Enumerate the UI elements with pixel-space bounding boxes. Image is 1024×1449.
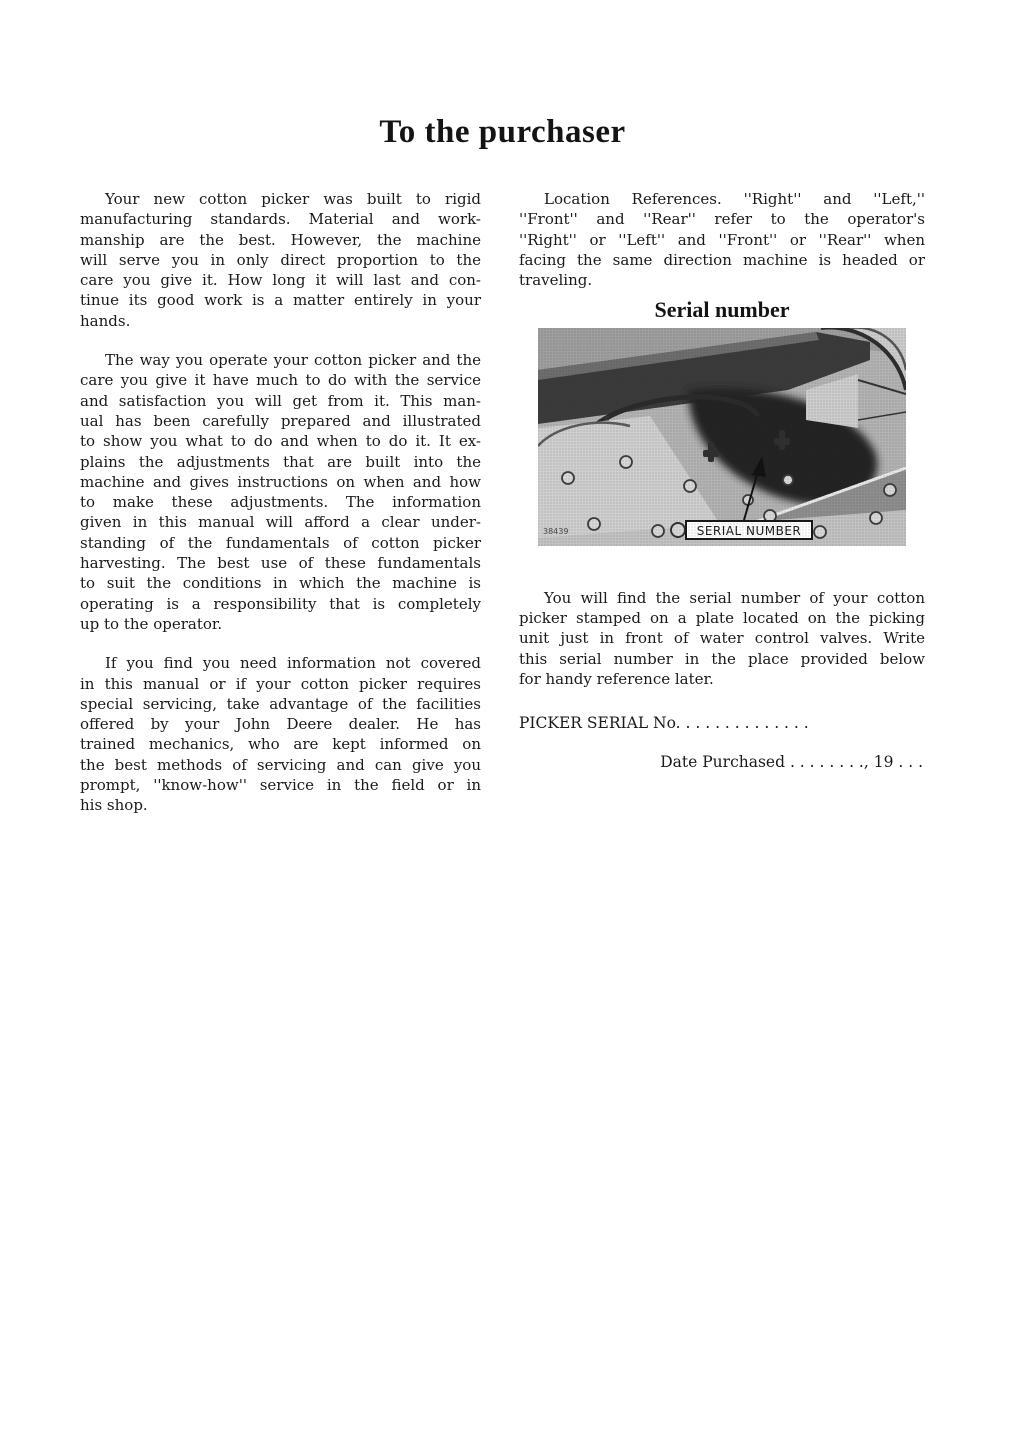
paragraph: If you find you need information not cov… <box>80 653 481 815</box>
paragraph: Location References. ''Right'' and ''Lef… <box>519 189 925 290</box>
text-line: unit just in front of water control valv… <box>519 628 925 648</box>
left-column: Your new cotton picker was built to rigi… <box>80 189 481 816</box>
text-line: machine and gives instructions on when a… <box>80 472 481 492</box>
text-line: hands. <box>80 311 481 331</box>
serial-number-figure: SERIAL NUMBER 38439 <box>538 328 906 546</box>
text-line: You will find the serial number of your … <box>519 588 925 608</box>
paragraph: You will find the serial number of your … <box>519 588 925 689</box>
serial-number-heading: Serial number <box>519 300 925 320</box>
text-line: harvesting. The best use of these fundam… <box>80 553 481 573</box>
text-line: picker stamped on a plate located on the… <box>519 608 925 628</box>
text-line: Your new cotton picker was built to rigi… <box>80 189 481 209</box>
text-line: this serial number in the place provided… <box>519 649 925 669</box>
text-line: will serve you in only direct proportion… <box>80 250 481 270</box>
page-title: To the purchaser <box>80 114 925 151</box>
picker-serial-line: PICKER SERIAL No. . . . . . . . . . . . … <box>519 713 925 733</box>
text-line: traveling. <box>519 270 925 290</box>
text-line: operating is a responsibility that is co… <box>80 594 481 614</box>
text-line: offered by your John Deere dealer. He ha… <box>80 714 481 734</box>
text-line: the best methods of servicing and can gi… <box>80 755 481 775</box>
text-line: to suit the conditions in which the mach… <box>80 573 481 593</box>
text-line: tinue its good work is a matter entirely… <box>80 290 481 310</box>
text-line: manufacturing standards. Material and wo… <box>80 209 481 229</box>
paragraph: Your new cotton picker was built to rigi… <box>80 189 481 331</box>
text-line: care you give it have much to do with th… <box>80 370 481 390</box>
text-line: for handy reference later. <box>519 669 925 689</box>
text-line: plains the adjustments that are built in… <box>80 452 481 472</box>
text-line: If you find you need information not cov… <box>80 653 481 673</box>
right-column: Location References. ''Right'' and ''Lef… <box>519 189 925 772</box>
text-line: and satisfaction you will get from it. T… <box>80 391 481 411</box>
text-line: Location References. ''Right'' and ''Lef… <box>519 189 925 209</box>
paragraph: The way you operate your cotton picker a… <box>80 350 481 634</box>
text-line: special servicing, take advantage of the… <box>80 694 481 714</box>
text-line: given in this manual will afford a clear… <box>80 512 481 532</box>
text-line: up to the operator. <box>80 614 481 634</box>
text-line: ual has been carefully prepared and illu… <box>80 411 481 431</box>
text-line: care you give it. How long it will last … <box>80 270 481 290</box>
text-line: ''Right'' or ''Left'' and ''Front'' or '… <box>519 230 925 250</box>
text-line: standing of the fundamentals of cotton p… <box>80 533 481 553</box>
text-line: facing the same direction machine is hea… <box>519 250 925 270</box>
serial-number-photo: SERIAL NUMBER 38439 <box>538 328 906 546</box>
text-line: to make these adjustments. The informati… <box>80 492 481 512</box>
text-line: The way you operate your cotton picker a… <box>80 350 481 370</box>
text-line: his shop. <box>80 795 481 815</box>
text-line: prompt, ''know-how'' service in the fiel… <box>80 775 481 795</box>
date-purchased-line: Date Purchased . . . . . . . ., 19 . . . <box>519 752 925 772</box>
text-line: to show you what to do and when to do it… <box>80 431 481 451</box>
manual-page: To the purchaser Your new cotton picker … <box>0 0 1024 1449</box>
text-line: trained mechanics, who are kept informed… <box>80 734 481 754</box>
text-line: ''Front'' and ''Rear'' refer to the oper… <box>519 209 925 229</box>
text-line: in this manual or if your cotton picker … <box>80 674 481 694</box>
text-line: manship are the best. However, the machi… <box>80 230 481 250</box>
